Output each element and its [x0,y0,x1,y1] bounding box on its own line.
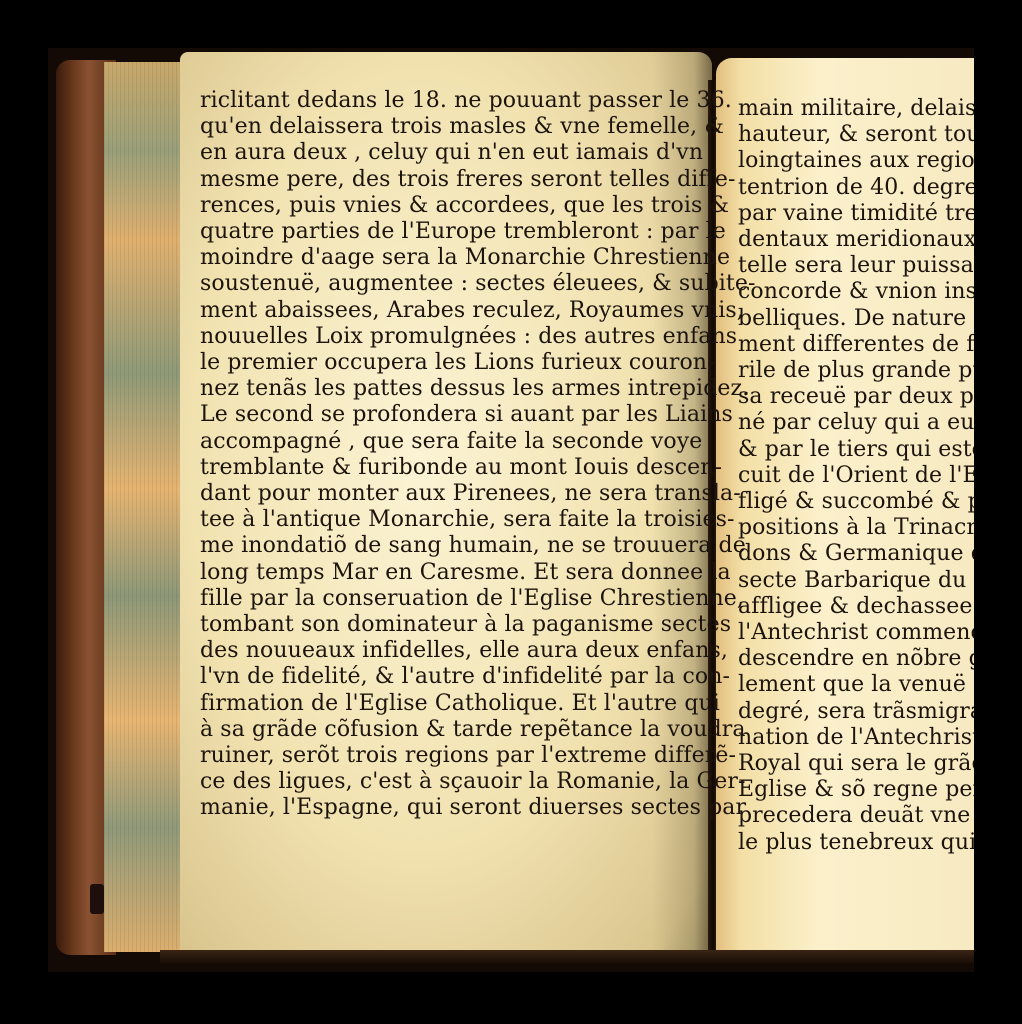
text-line: descendre en nõbre gr [738,646,974,672]
text-line: l'vn de fidelité, & l'autre d'infidelité… [200,664,696,690]
text-line: quatre parties de l'Europe trembleront :… [200,219,696,245]
text-line: secte Barbarique du to [738,568,974,594]
text-line: ce des ligues, c'est à sçauoir la Romani… [200,769,696,795]
text-line: firmation de l'Eglise Catholique. Et l'a… [200,691,696,717]
book-bottom-edge [160,950,974,966]
text-line: positions à la Trinacri [738,515,974,541]
text-line: riclitant dedans le 18. ne pouuant passe… [200,88,696,114]
text-line: long temps Mar en Caresme. Et sera donne… [200,560,696,586]
text-line: degré, sera trãsmigrati [738,699,974,725]
text-line: dant pour monter aux Pirenees, ne sera t… [200,481,696,507]
text-line: par vaine timidité trem [738,201,974,227]
text-line: qu'en delaissera trois masles & vne feme… [200,114,696,140]
text-line: ruiner, serõt trois regions par l'extrem… [200,743,696,769]
text-line: le premier occupera les Lions furieux co… [200,350,696,376]
text-line: ment differentes de foy [738,332,974,358]
text-line: me inondatiõ de sang humain, ne se trouu… [200,533,696,559]
text-line: mesme pere, des trois freres seront tell… [200,167,696,193]
text-line: dentaux meridionaux & [738,227,974,253]
text-line: main militaire, delaissan [738,96,974,122]
text-line: rences, puis vnies & accordees, que les … [200,193,696,219]
text-line: Eglise & sõ regne pertẽ [738,777,974,803]
text-line: dons & Germanique d [738,541,974,567]
text-line: concorde & vnion insu [738,279,974,305]
text-line: Royal qui sera le grãd V [738,751,974,777]
text-line: sa receuë par deux peup [738,384,974,410]
text-line: manie, l'Espagne, qui seront diuerses se… [200,795,696,821]
text-line: tentrion de 40. degrez [738,175,974,201]
text-line: soustenuë, augmentee : sectes éleuees, &… [200,271,696,297]
text-line: le plus tenebreux qui so [738,830,974,856]
text-line: né par celuy qui a eu pu [738,410,974,436]
text-line: lement que la venuë du [738,672,974,698]
text-line: moindre d'aage sera la Monarchie Chresti… [200,245,696,271]
text-line: ment abaissees, Arabes reculez, Royaumes… [200,298,696,324]
text-line: cuit de l'Orient de l'Eu [738,463,974,489]
text-line: hauteur, & seront tous h [738,122,974,148]
text-line: tombant son dominateur à la paganisme se… [200,612,696,638]
text-line: nation de l'Antechrist [738,725,974,751]
text-line: l'Antechrist commenc [738,620,974,646]
text-line: en aura deux , celuy qui n'en eut iamais… [200,140,696,166]
text-line: precedera deuãt vne Ec [738,803,974,829]
text-line: fille par la conseruation de l'Eglise Ch… [200,586,696,612]
bookmark-tab [90,884,104,914]
text-line: belliques. De nature ser [738,306,974,332]
right-page-text: main militaire, delaissan hauteur, & ser… [738,96,974,856]
text-line: loingtaines aux region [738,148,974,174]
page-edges-fore-edge [104,62,182,952]
text-line: affligee & dechassee. [738,594,974,620]
text-line: Le second se profondera si auant par les… [200,402,696,428]
left-page-text: riclitant dedans le 18. ne pouuant passe… [200,88,700,822]
text-line: fligé & succombé & pa [738,489,974,515]
text-line: tee à l'antique Monarchie, sera faite la… [200,507,696,533]
text-line: nez tenãs les pattes dessus les armes in… [200,376,696,402]
text-line: rile de plus grande puis [738,358,974,384]
text-line: des nouueaux infidelles, elle aura deux … [200,638,696,664]
text-line: telle sera leur puissanc [738,253,974,279]
text-line: accompagné , que sera faite la seconde v… [200,429,696,455]
text-line: tremblante & furibonde au mont Iouis des… [200,455,696,481]
text-line: nouuelles Loix promulgnées : des autres … [200,324,696,350]
text-line: à sa grãde cõfusion & tarde repẽtance la… [200,717,696,743]
text-line: & par le tiers qui esten [738,437,974,463]
